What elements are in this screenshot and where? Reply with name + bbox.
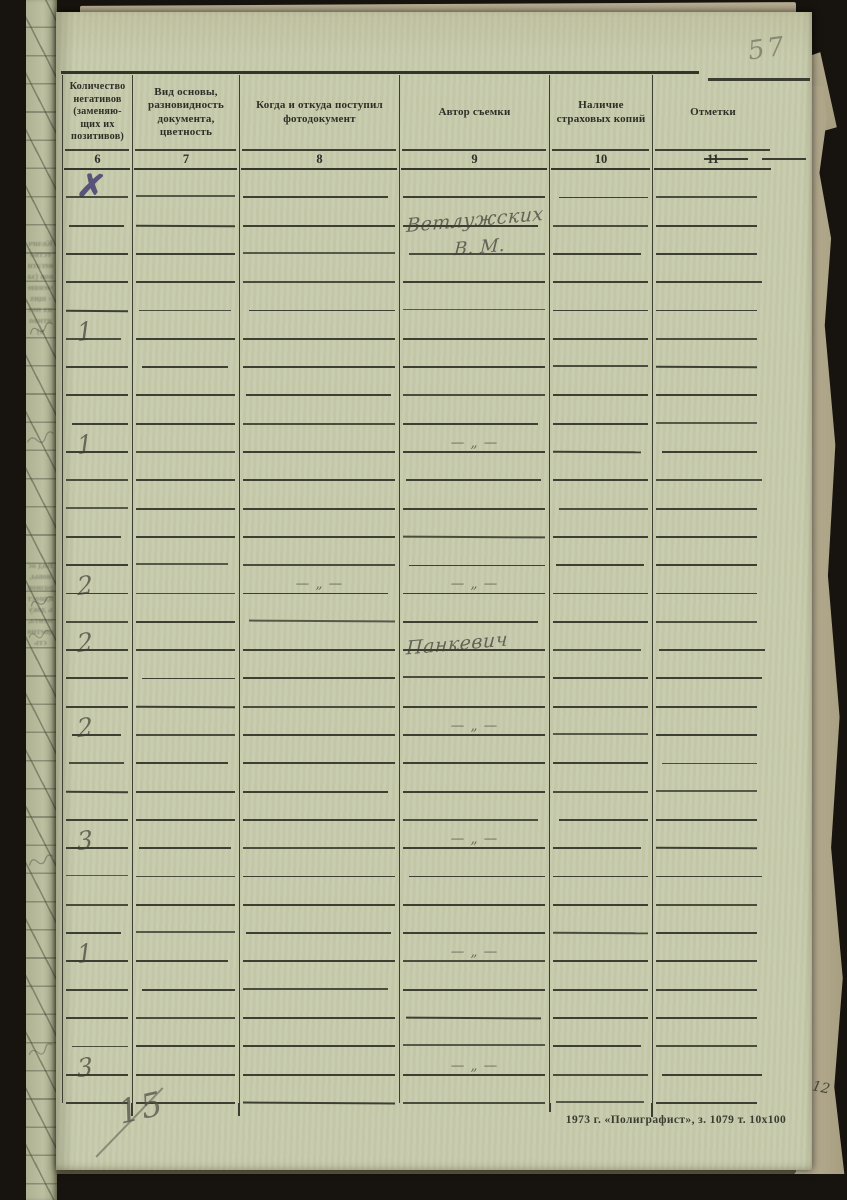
- table-cell: [400, 735, 550, 763]
- table-cell: [653, 537, 773, 565]
- handwritten-entry: — „ —: [400, 576, 549, 592]
- table-cell: [550, 509, 653, 537]
- table-cell: [400, 678, 550, 706]
- table-cell: [550, 1075, 653, 1103]
- table-cell: [63, 452, 133, 480]
- table-cell: [63, 367, 133, 395]
- table-cell: [240, 395, 400, 423]
- table-cell: [550, 254, 653, 282]
- table-cell: [240, 310, 400, 338]
- table-cell: [133, 933, 240, 961]
- table-cell: [63, 876, 133, 904]
- table-cell: 1: [63, 424, 133, 452]
- table-cell: [550, 1018, 653, 1046]
- table-cell: [240, 254, 400, 282]
- table-cell: [240, 707, 400, 735]
- table-cell: [63, 735, 133, 763]
- table-cell: [550, 990, 653, 1018]
- table-cell: — „ —: [400, 820, 550, 848]
- table-cell: [63, 197, 133, 225]
- table-cell: [133, 282, 240, 310]
- table-cell: [550, 367, 653, 395]
- table-cell: [240, 905, 400, 933]
- column-number: 11: [653, 150, 773, 169]
- table-cell: [550, 339, 653, 367]
- table-cell: [133, 792, 240, 820]
- table-cell: [400, 905, 550, 933]
- table-cell: [240, 735, 400, 763]
- table-cell: [550, 480, 653, 508]
- table-cell: [550, 1046, 653, 1074]
- table-cell: [240, 480, 400, 508]
- table-cell: [550, 565, 653, 593]
- table-cell: [400, 848, 550, 876]
- table-cell: [133, 339, 240, 367]
- table-cell: [63, 395, 133, 423]
- column-number: 9: [400, 150, 550, 169]
- table-cell: [133, 593, 240, 621]
- table-cell: [653, 282, 773, 310]
- table-cell: [550, 310, 653, 338]
- handwriting-ghost-icon: [24, 426, 59, 448]
- column-label: Когда и откуда поступил фотодокумент: [243, 99, 396, 126]
- table-cell: [653, 876, 773, 904]
- table-cell: — „ —: [400, 707, 550, 735]
- table-cell: [133, 169, 240, 197]
- table-cell: [400, 1018, 550, 1046]
- pencil-edge-mark: 12: [811, 1078, 832, 1097]
- table-cell: [240, 282, 400, 310]
- table-cell: [550, 650, 653, 678]
- table-cell: 2: [63, 565, 133, 593]
- table-cell: [240, 990, 400, 1018]
- table-cell: [63, 763, 133, 791]
- table-cell: [240, 1046, 400, 1074]
- table-cell: [240, 1075, 400, 1103]
- table-cell: [400, 395, 550, 423]
- column-label: Количество негативов (заменяю- щих их по…: [66, 81, 129, 143]
- table-cell: [400, 509, 550, 537]
- table-cell: [400, 792, 550, 820]
- table-cell: [550, 792, 653, 820]
- table-cell: [653, 990, 773, 1018]
- table-cell: [133, 424, 240, 452]
- table-cell: [653, 933, 773, 961]
- table-cell: [400, 763, 550, 791]
- handwritten-entry: — „ —: [400, 944, 549, 960]
- header-cell: Вид основы, разновидность документа, цве…: [133, 75, 240, 150]
- table-cell: 2: [63, 707, 133, 735]
- ledger-page: 57 Количество негативов (заменяю- щих их…: [56, 12, 812, 1170]
- table-cell: [240, 848, 400, 876]
- column-number: 7: [133, 150, 240, 169]
- table-cell: [400, 310, 550, 338]
- table-cell: [400, 254, 550, 282]
- handwritten-entry: — „ —: [400, 831, 549, 847]
- table-cell: [133, 367, 240, 395]
- table-cell: [240, 792, 400, 820]
- table-cell: 3: [63, 1046, 133, 1074]
- handwritten-entry: — „ —: [400, 435, 549, 451]
- table-cell: [653, 339, 773, 367]
- table-cell: [550, 226, 653, 254]
- table-cell: [133, 820, 240, 848]
- table-cell: [63, 254, 133, 282]
- table-cell: [240, 1018, 400, 1046]
- column-number: 10: [550, 150, 653, 169]
- table-cell: [240, 424, 400, 452]
- table-cell: [240, 367, 400, 395]
- table-cell: [133, 452, 240, 480]
- table-cell: [653, 480, 773, 508]
- table-cell: [400, 650, 550, 678]
- table-cell: [400, 339, 550, 367]
- table-cell: [550, 848, 653, 876]
- table-cell: [63, 848, 133, 876]
- table-cell: [653, 735, 773, 763]
- table-cell: ✗: [63, 169, 133, 197]
- table-cell: [653, 226, 773, 254]
- table-cell: [133, 622, 240, 650]
- table-cell: [653, 395, 773, 423]
- table-cell: [63, 282, 133, 310]
- table-cell: [550, 282, 653, 310]
- table-body: ✗ВетлужскихВ. М.11— „ —2— „ —— „ —2Панке…: [63, 169, 773, 1103]
- table-cell: [653, 1046, 773, 1074]
- table-cell: [133, 707, 240, 735]
- table-cell: [63, 990, 133, 1018]
- table-cell: [133, 1046, 240, 1074]
- column-line-stub: [549, 1103, 551, 1112]
- table-cell: [63, 961, 133, 989]
- table-cell: [240, 226, 400, 254]
- table-cell: [653, 905, 773, 933]
- table-cell: [240, 537, 400, 565]
- table-cell: [133, 990, 240, 1018]
- table-cell: [550, 961, 653, 989]
- table-cell: — „ —: [400, 933, 550, 961]
- table-cell: [133, 961, 240, 989]
- table-cell: [240, 933, 400, 961]
- table-cell: [133, 197, 240, 225]
- table-cell: [133, 735, 240, 763]
- table-cell: 1: [63, 310, 133, 338]
- table-cell: [653, 792, 773, 820]
- table-cell: [400, 452, 550, 480]
- table-cell: [550, 452, 653, 480]
- table-cell: [133, 565, 240, 593]
- table-cell: [550, 678, 653, 706]
- table-cell: [63, 650, 133, 678]
- table-header-row: Количество негативов (заменяю- щих их по…: [63, 75, 773, 150]
- table-cell: — „ —: [240, 565, 400, 593]
- table-cell: [550, 763, 653, 791]
- table-cell: [133, 763, 240, 791]
- table-cell: [550, 735, 653, 763]
- table-cell: [550, 169, 653, 197]
- table-cell: [240, 339, 400, 367]
- table-cell: [240, 452, 400, 480]
- table-cell: [240, 197, 400, 225]
- column-number: 6: [63, 150, 133, 169]
- table-cell: [63, 1018, 133, 1046]
- table-cell: [653, 254, 773, 282]
- table-cell: Панкевич: [400, 622, 550, 650]
- table-cell: [63, 593, 133, 621]
- table-cell: — „ —: [400, 565, 550, 593]
- ledger-table: Количество негативов (заменяю- щих их по…: [62, 75, 773, 1103]
- table-cell: [133, 678, 240, 706]
- table-cell: [240, 961, 400, 989]
- column-number-row: 67891011: [63, 150, 773, 169]
- table-cell: [550, 197, 653, 225]
- table-cell: [653, 565, 773, 593]
- table-cell: [550, 537, 653, 565]
- table-cell: [400, 169, 550, 197]
- table-cell: [240, 763, 400, 791]
- scanned-archive-page: { "page": { "corner_page_number": "57", …: [0, 0, 847, 1200]
- table-cell: [550, 707, 653, 735]
- pencil-page-number: 57: [746, 31, 789, 66]
- table-cell: [653, 169, 773, 197]
- table-cell: [240, 650, 400, 678]
- table-cell: [63, 339, 133, 367]
- table-cell: [400, 876, 550, 904]
- header-cell: Отметки: [653, 75, 773, 150]
- table-cell: [240, 593, 400, 621]
- table-cell: [653, 848, 773, 876]
- table-cell: [133, 395, 240, 423]
- table-cell: [400, 367, 550, 395]
- table-cell: 2: [63, 622, 133, 650]
- table-cell: [400, 480, 550, 508]
- handwritten-entry: — „ —: [240, 576, 399, 592]
- table-cell: [240, 876, 400, 904]
- table-cell: [133, 254, 240, 282]
- table-cell: [550, 424, 653, 452]
- column-label: Отметки: [690, 106, 736, 119]
- table-cell: [400, 1075, 550, 1103]
- table-cell: [240, 678, 400, 706]
- table-cell: — „ —: [400, 424, 550, 452]
- column-number: 8: [240, 150, 400, 169]
- table-cell: [653, 452, 773, 480]
- table-cell: 1: [63, 933, 133, 961]
- table-cell: [653, 367, 773, 395]
- table-cell: [240, 820, 400, 848]
- handwritten-entry: — „ —: [400, 718, 549, 734]
- handwritten-entry: — „ —: [400, 1058, 549, 1074]
- printer-imprint: 1973 г. «Полиграфист», з. 1079 т. 10х100: [526, 1114, 826, 1126]
- table-cell: [133, 226, 240, 254]
- table-cell: [240, 622, 400, 650]
- table-cell: [550, 622, 653, 650]
- table-cell: [400, 537, 550, 565]
- table-cell: [400, 593, 550, 621]
- table-cell: [653, 707, 773, 735]
- table-cell: [550, 820, 653, 848]
- column-label: Вид основы, разновидность документа, цве…: [136, 86, 236, 140]
- table-cell: [400, 990, 550, 1018]
- table-cell: [133, 537, 240, 565]
- table-cell: [653, 650, 773, 678]
- table-cell: [653, 763, 773, 791]
- table-cell: [63, 480, 133, 508]
- column-label: Наличие страховых копий: [553, 99, 649, 126]
- table-cell: [653, 622, 773, 650]
- table-cell: [550, 933, 653, 961]
- header-cell: Наличие страховых копий: [550, 75, 653, 150]
- table-cell: [653, 197, 773, 225]
- table-cell: [240, 169, 400, 197]
- table-cell: 3: [63, 820, 133, 848]
- table-cell: [550, 395, 653, 423]
- handwriting-ghost-icon: [26, 848, 60, 870]
- table-cell: [133, 1018, 240, 1046]
- table-cell: [653, 424, 773, 452]
- table-cell: [63, 509, 133, 537]
- table-cell: [133, 905, 240, 933]
- table-cell: [240, 509, 400, 537]
- table-cell: [133, 310, 240, 338]
- table-cell: [550, 593, 653, 621]
- table-cell: [653, 310, 773, 338]
- table-cell: В. М.: [400, 226, 550, 254]
- table-cell: — „ —: [400, 1046, 550, 1074]
- column-label: Автор съемки: [439, 106, 511, 119]
- table-cell: [63, 678, 133, 706]
- table-cell: [653, 593, 773, 621]
- table-cell: [133, 509, 240, 537]
- table-cell: [400, 282, 550, 310]
- table-cell: [653, 820, 773, 848]
- table-cell: [133, 848, 240, 876]
- table-cell: [63, 905, 133, 933]
- table-cell: [653, 1075, 773, 1103]
- table-cell: [653, 961, 773, 989]
- previous-page-strip: Количество негативов (заменяю- щих их по…: [26, 0, 57, 1200]
- table-cell: [400, 961, 550, 989]
- column-line-stub: [238, 1103, 240, 1116]
- table-cell: [133, 650, 240, 678]
- table-cell: [63, 537, 133, 565]
- table-cell: [550, 876, 653, 904]
- table-cell: [653, 509, 773, 537]
- table-cell: [653, 1018, 773, 1046]
- table-cell: [63, 226, 133, 254]
- header-cell: Автор съемки: [400, 75, 550, 150]
- header-cell: Количество негативов (заменяю- щих их по…: [63, 75, 133, 150]
- table-cell: [133, 480, 240, 508]
- table-cell: [653, 678, 773, 706]
- table-cell: [63, 792, 133, 820]
- table-cell: [550, 905, 653, 933]
- table-cell: Ветлужских: [400, 197, 550, 225]
- table-cell: [133, 876, 240, 904]
- handwriting-ghost-icon: [26, 1038, 59, 1060]
- header-cell: Когда и откуда поступил фотодокумент: [240, 75, 400, 150]
